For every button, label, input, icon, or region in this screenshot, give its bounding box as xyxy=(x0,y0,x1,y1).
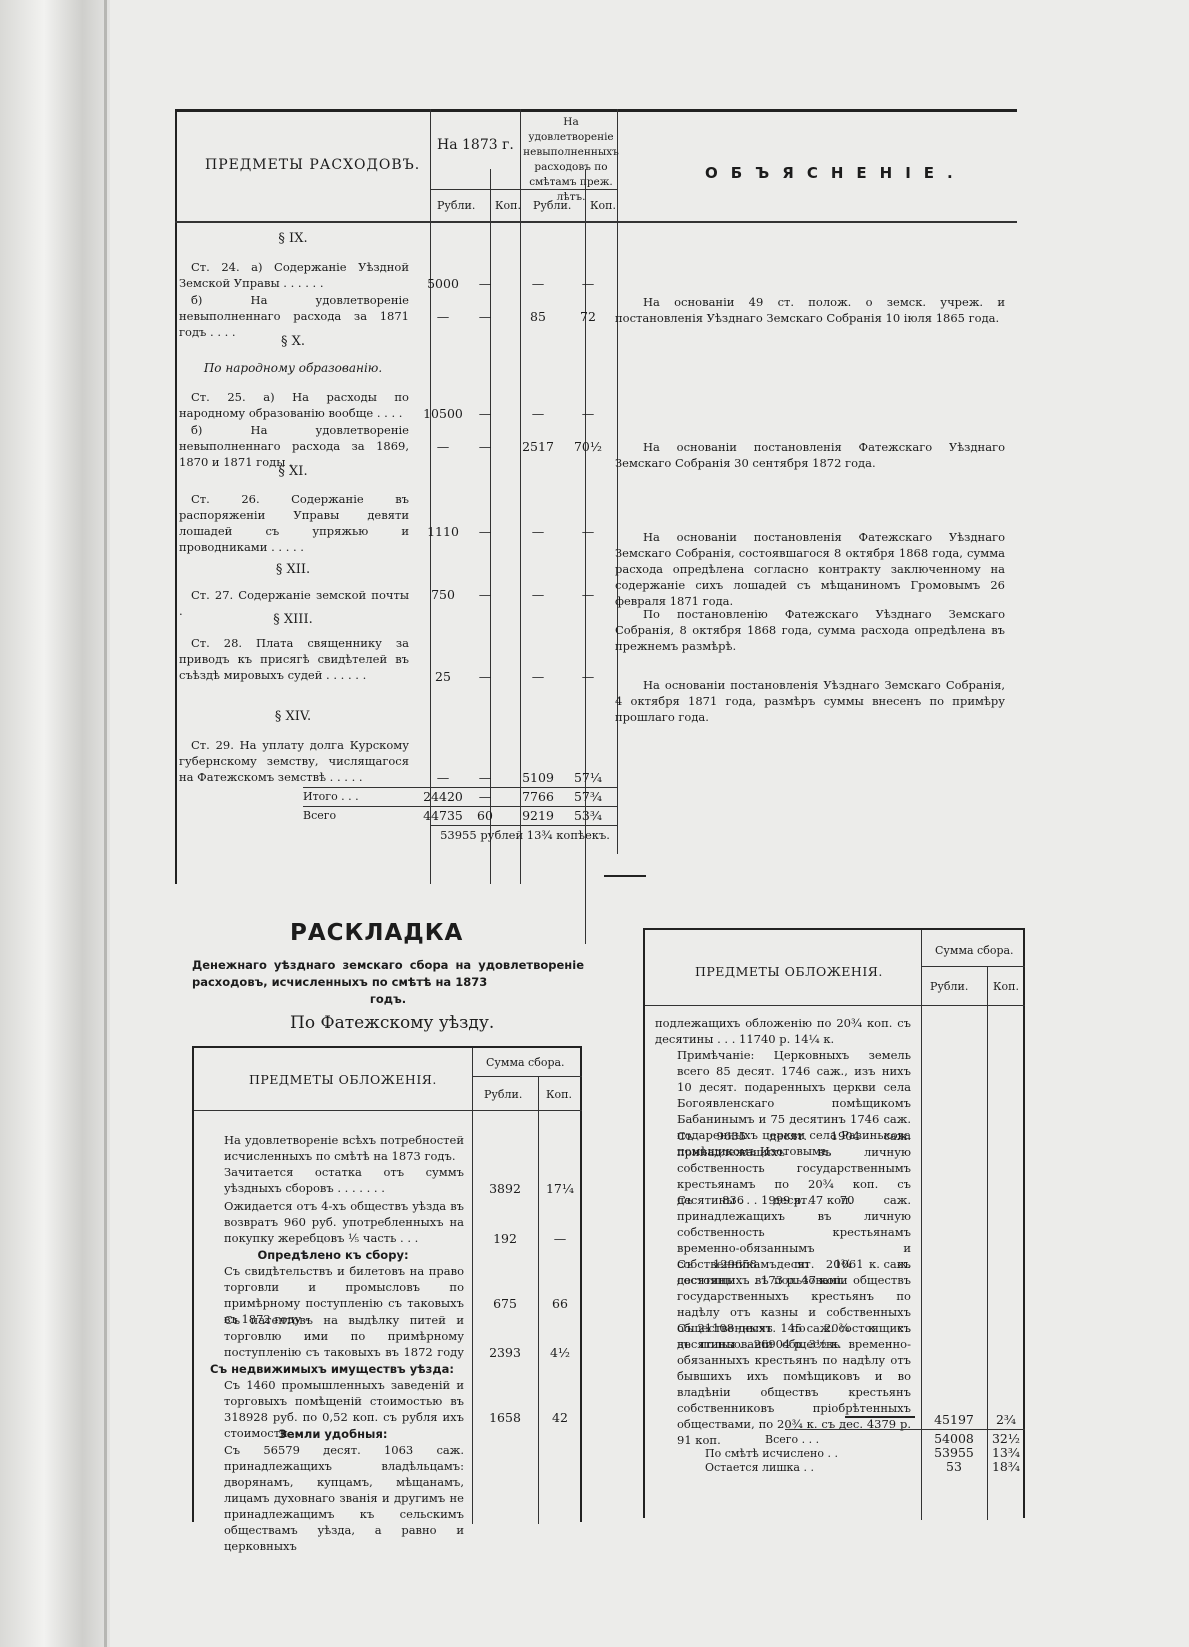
section-subtitle: По народному образованію. xyxy=(175,361,411,375)
surplus-kop: 18¾ xyxy=(987,1459,1025,1474)
amount: 66 xyxy=(538,1296,582,1311)
amount: — xyxy=(413,309,473,324)
amount: — xyxy=(413,439,473,454)
sum-header: Сумма сбора. xyxy=(935,944,1014,957)
amount: — xyxy=(465,439,505,454)
section-heading: § XIII. xyxy=(175,612,411,627)
levy-row: Съ 56579 десят. 1063 саж. принадлежащихъ… xyxy=(202,1442,464,1554)
rub-header: Рубли. xyxy=(930,980,968,993)
estimate-rub: 53955 xyxy=(921,1445,987,1460)
levy-header-title: ПРЕДМЕТЫ ОБЛОЖЕНІЯ. xyxy=(695,964,883,979)
kop-header: Коп. xyxy=(495,199,521,212)
amount: — xyxy=(568,587,608,602)
sum-header: Сумма сбора. xyxy=(486,1056,565,1069)
itogo-label: Итого . . . xyxy=(303,789,423,805)
section-heading: § XII. xyxy=(175,562,411,577)
explanation-text: На основаніи постановленія Фатежскаго Уѣ… xyxy=(615,439,1005,471)
amount: — xyxy=(568,524,608,539)
amount: 10500 xyxy=(413,406,473,421)
explanation-title: ОБЪЯСНЕНІЕ. xyxy=(705,164,966,182)
amount: 42 xyxy=(538,1410,582,1425)
spine-edge xyxy=(104,0,107,1647)
section-heading: § XIV. xyxy=(175,709,411,724)
year-column-header: На 1873 г. xyxy=(437,137,514,153)
amount: 3892 xyxy=(472,1181,538,1196)
amount: 57¼ xyxy=(568,770,608,785)
levy-row: Зачитается остатка отъ суммъ уѣздныхъ сб… xyxy=(202,1164,464,1196)
expense-item: Ст. 26. Содержаніе въ распоряженіи Управ… xyxy=(179,491,409,555)
amount: — xyxy=(465,406,505,421)
amount: — xyxy=(568,669,608,684)
amount: — xyxy=(465,309,505,324)
amount: 1658 xyxy=(472,1410,538,1425)
subtotal-kop: 2¾ xyxy=(987,1412,1025,1427)
grand-total: 53955 рублей 13¾ копѣекъ. xyxy=(430,828,620,842)
amount: 5000 xyxy=(413,276,473,291)
section-heading: § X. xyxy=(175,334,411,349)
unfilled-column-header: На удовлетвореніе невыполненныхъ расходо… xyxy=(521,115,621,205)
amount: — xyxy=(538,1231,582,1246)
itogo-kop-1873: — xyxy=(465,789,505,804)
raskladka-title: РАСКЛАДКА xyxy=(290,920,463,946)
kop-header: Коп. xyxy=(993,980,1019,993)
amount: 2517 xyxy=(503,439,573,454)
itogo-kop-prev: 57¾ xyxy=(568,789,608,804)
book-spine xyxy=(0,0,110,1647)
amount: 192 xyxy=(472,1231,538,1246)
amount: 72 xyxy=(568,309,608,324)
rub-header: Рубли. xyxy=(437,199,475,212)
amount: 70½ xyxy=(568,439,608,454)
levy-row: подлежащихъ обложенію по 20¾ коп. съ дес… xyxy=(655,1015,911,1047)
amount: — xyxy=(413,770,473,785)
levy-table-left: ПРЕДМЕТЫ ОБЛОЖЕНІЯ. Сумма сбора. Рубли. … xyxy=(192,1046,582,1522)
expense-item: Ст. 25. а) На расходы по народному образ… xyxy=(179,389,409,421)
amount: 750 xyxy=(413,587,473,602)
amount: — xyxy=(465,587,505,602)
expenditure-table: ПРЕДМЕТЫ РАСХОДОВЪ. На 1873 г. На удовле… xyxy=(175,109,1017,889)
amount: — xyxy=(503,587,573,602)
total-rub: 54008 xyxy=(921,1431,987,1446)
subtotal-rub: 45197 xyxy=(921,1412,987,1427)
levy-heading: Съ недвижимыхъ имуществъ уѣзда: xyxy=(194,1361,470,1377)
amount: 1110 xyxy=(413,524,473,539)
column-separator xyxy=(604,875,646,877)
vsego-kop-1873: 60 xyxy=(465,808,505,823)
rub-header: Рубли. xyxy=(533,199,571,212)
amount: 2393 xyxy=(472,1345,538,1360)
expense-item: Ст. 24. а) Содержаніе Уѣздной Земской Уп… xyxy=(179,259,409,291)
amount: — xyxy=(465,669,505,684)
estimate-kop: 13¾ xyxy=(987,1445,1025,1460)
vsego-kop-prev: 53¾ xyxy=(568,808,608,823)
expense-item: б) На удовлетвореніе невыполненнаго расх… xyxy=(179,422,409,470)
amount: 675 xyxy=(472,1296,538,1311)
explanation-text: По постановленію Фатежскаго Уѣзднаго Зем… xyxy=(615,606,1005,654)
amount: 25 xyxy=(413,669,473,684)
amount: 5109 xyxy=(503,770,573,785)
county-heading: По Фатежскому уѣзду. xyxy=(290,1013,494,1033)
surplus-label: Остается лишка . . xyxy=(705,1460,915,1476)
amount: — xyxy=(503,276,573,291)
explanation-text: На основаніи постановленія Фатежскаго Уѣ… xyxy=(615,529,1005,609)
expense-item: Ст. 29. На уплату долга Курскому губернс… xyxy=(179,737,409,785)
amount: 85 xyxy=(503,309,573,324)
amount: — xyxy=(568,406,608,421)
amount: 4½ xyxy=(538,1345,582,1360)
amount: — xyxy=(503,669,573,684)
itogo-rub-1873: 24420 xyxy=(413,789,473,804)
levy-table-right: ПРЕДМЕТЫ ОБЛОЖЕНІЯ. Сумма сбора. Рубли. … xyxy=(643,928,1025,1518)
explanation-text: На основаніи 49 ст. полож. о земск. учре… xyxy=(615,294,1005,326)
amount: — xyxy=(568,276,608,291)
section-heading: § IX. xyxy=(175,231,411,246)
amount: — xyxy=(465,524,505,539)
amount: — xyxy=(465,770,505,785)
raskladka-subtitle: Денежнаго уѣзднаго земскаго сбора на удо… xyxy=(192,957,584,1008)
amount: — xyxy=(465,276,505,291)
levy-header-title: ПРЕДМЕТЫ ОБЛОЖЕНІЯ. xyxy=(249,1072,437,1087)
rub-header: Рубли. xyxy=(484,1088,522,1101)
levy-row: На удовлетвореніе всѣхъ потребностей исч… xyxy=(202,1132,464,1164)
vsego-label: Всего xyxy=(303,808,423,824)
vsego-rub-1873: 44735 xyxy=(413,808,473,823)
expense-item: б) На удовлетвореніе невыполненнаго расх… xyxy=(179,292,409,340)
kop-header: Коп. xyxy=(590,199,616,212)
section-heading: § XI. xyxy=(175,464,411,479)
amount: — xyxy=(503,406,573,421)
expense-item: Ст. 28. Плата священнику за приводъ къ п… xyxy=(179,635,409,683)
levy-heading: Земли удобныя: xyxy=(202,1426,464,1442)
amount: — xyxy=(503,524,573,539)
levy-heading: Опредѣлено къ сбору: xyxy=(202,1247,464,1263)
total-kop: 32½ xyxy=(987,1431,1025,1446)
expenditure-header-title: ПРЕДМЕТЫ РАСХОДОВЪ. xyxy=(205,157,420,173)
explanation-text: На основаніи постановленія Уѣзднаго Земс… xyxy=(615,677,1005,725)
amount: 17¼ xyxy=(538,1181,582,1196)
vsego-rub-prev: 9219 xyxy=(503,808,573,823)
surplus-rub: 53 xyxy=(921,1459,987,1474)
itogo-rub-prev: 7766 xyxy=(503,789,573,804)
levy-row: Ожидается отъ 4-хъ обществъ уѣзда въ воз… xyxy=(202,1198,464,1246)
kop-header: Коп. xyxy=(546,1088,572,1101)
